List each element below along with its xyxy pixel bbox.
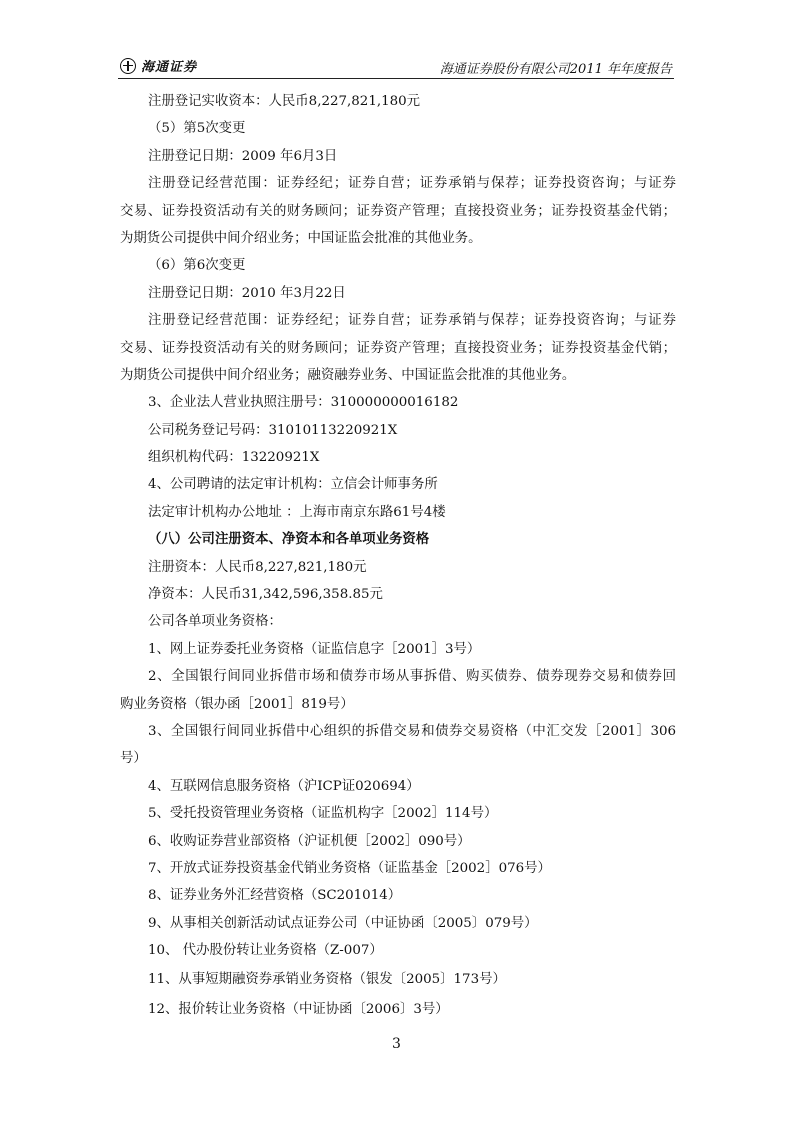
change-5-title: （5）第5次变更 xyxy=(120,115,676,142)
logo-emblem-icon xyxy=(120,58,136,74)
change-6-scope-line: 为期货公司提供中间介绍业务；融资融券业务、中国证监会批准的其他业务。 xyxy=(120,362,676,389)
change-6-scope-line: 交易、证券投资活动有关的财务顾问；证券资产管理；直接投资业务；证券投资基金代销； xyxy=(120,335,676,362)
qualification-item: 3、全国银行间同业拆借中心组织的拆借交易和债券交易资格（中汇交发［2001］30… xyxy=(120,718,676,745)
paid-in-capital: 注册登记实收资本：人民币8,227,821,180元 xyxy=(120,88,676,115)
page-number: 3 xyxy=(0,1036,793,1052)
change-6-date: 注册登记日期：2010 年3月22日 xyxy=(120,280,676,307)
qualification-item: 10、 代办股份转让业务资格（Z-007） xyxy=(120,937,676,964)
qualification-item: 8、证券业务外汇经营资格（SC201014） xyxy=(120,882,676,909)
change-6-scope-line: 注册登记经营范围：证券经纪；证券自营；证券承销与保荐；证券投资咨询；与证券 xyxy=(120,307,676,334)
qualification-item: 4、互联网信息服务资格（沪ICP证020694） xyxy=(120,773,676,800)
qualification-item: 12、报价转让业务资格（中证协函〔2006〕3号） xyxy=(120,995,676,1025)
qualification-item: 5、受托投资管理业务资格（证监机构字［2002］114号） xyxy=(120,800,676,827)
qualification-item-continuation: 购业务资格（银办函［2001］819号） xyxy=(120,691,676,718)
tax-registration-number: 公司税务登记号码：31010113220921X xyxy=(120,417,676,444)
logo-text: 海通证券 xyxy=(141,56,197,75)
page-header: 海通证券 海通证券股份有限公司2011 年年度报告 xyxy=(118,52,674,79)
change-5-scope-line: 交易、证券投资活动有关的财务顾问；证券资产管理；直接投资业务；证券投资基金代销； xyxy=(120,198,676,225)
business-license-number: 3、企业法人营业执照注册号：310000000016182 xyxy=(120,389,676,416)
auditor-address: 法定审计机构办公地址 ：上海市南京东路61号4楼 xyxy=(120,499,676,526)
qualification-item: 9、从事相关创新活动试点证券公司（中证协函〔2005〕079号） xyxy=(120,910,676,937)
qualifications-intro: 公司各单项业务资格： xyxy=(120,608,676,635)
qualification-item: 11、从事短期融资券承销业务资格（银发〔2005〕173号） xyxy=(120,965,676,995)
company-logo: 海通证券 xyxy=(120,56,197,75)
change-5-scope-line: 为期货公司提供中间介绍业务；中国证监会批准的其他业务。 xyxy=(120,225,676,252)
qualification-item-continuation: 号） xyxy=(120,745,676,772)
qualification-item: 1、网上证券委托业务资格（证监信息字［2001］3号） xyxy=(120,636,676,663)
change-5-scope-line: 注册登记经营范围：证券经纪；证券自营；证券承销与保荐；证券投资咨询；与证券 xyxy=(120,170,676,197)
change-5-date: 注册登记日期：2009 年6月3日 xyxy=(120,143,676,170)
document-body: 注册登记实收资本：人民币8,227,821,180元 （5）第5次变更 注册登记… xyxy=(120,88,676,1025)
report-title: 海通证券股份有限公司2011 年年度报告 xyxy=(440,58,672,77)
qualification-item: 2、全国银行间同业拆借市场和债券市场从事拆借、购买债券、债券现券交易和债券回 xyxy=(120,663,676,690)
net-capital: 净资本：人民币31,342,596,358.85元 xyxy=(120,581,676,608)
registered-capital: 注册资本：人民币8,227,821,180元 xyxy=(120,554,676,581)
change-6-title: （6）第6次变更 xyxy=(120,252,676,279)
qualification-item: 7、开放式证券投资基金代销业务资格（证监基金［2002］076号） xyxy=(120,855,676,882)
organization-code: 组织机构代码：13220921X xyxy=(120,444,676,471)
section-heading: （八）公司注册资本、净资本和各单项业务资格 xyxy=(120,526,676,553)
qualification-item: 6、收购证券营业部资格（沪证机便［2002］090号） xyxy=(120,828,676,855)
auditor: 4、公司聘请的法定审计机构：立信会计师事务所 xyxy=(120,471,676,498)
